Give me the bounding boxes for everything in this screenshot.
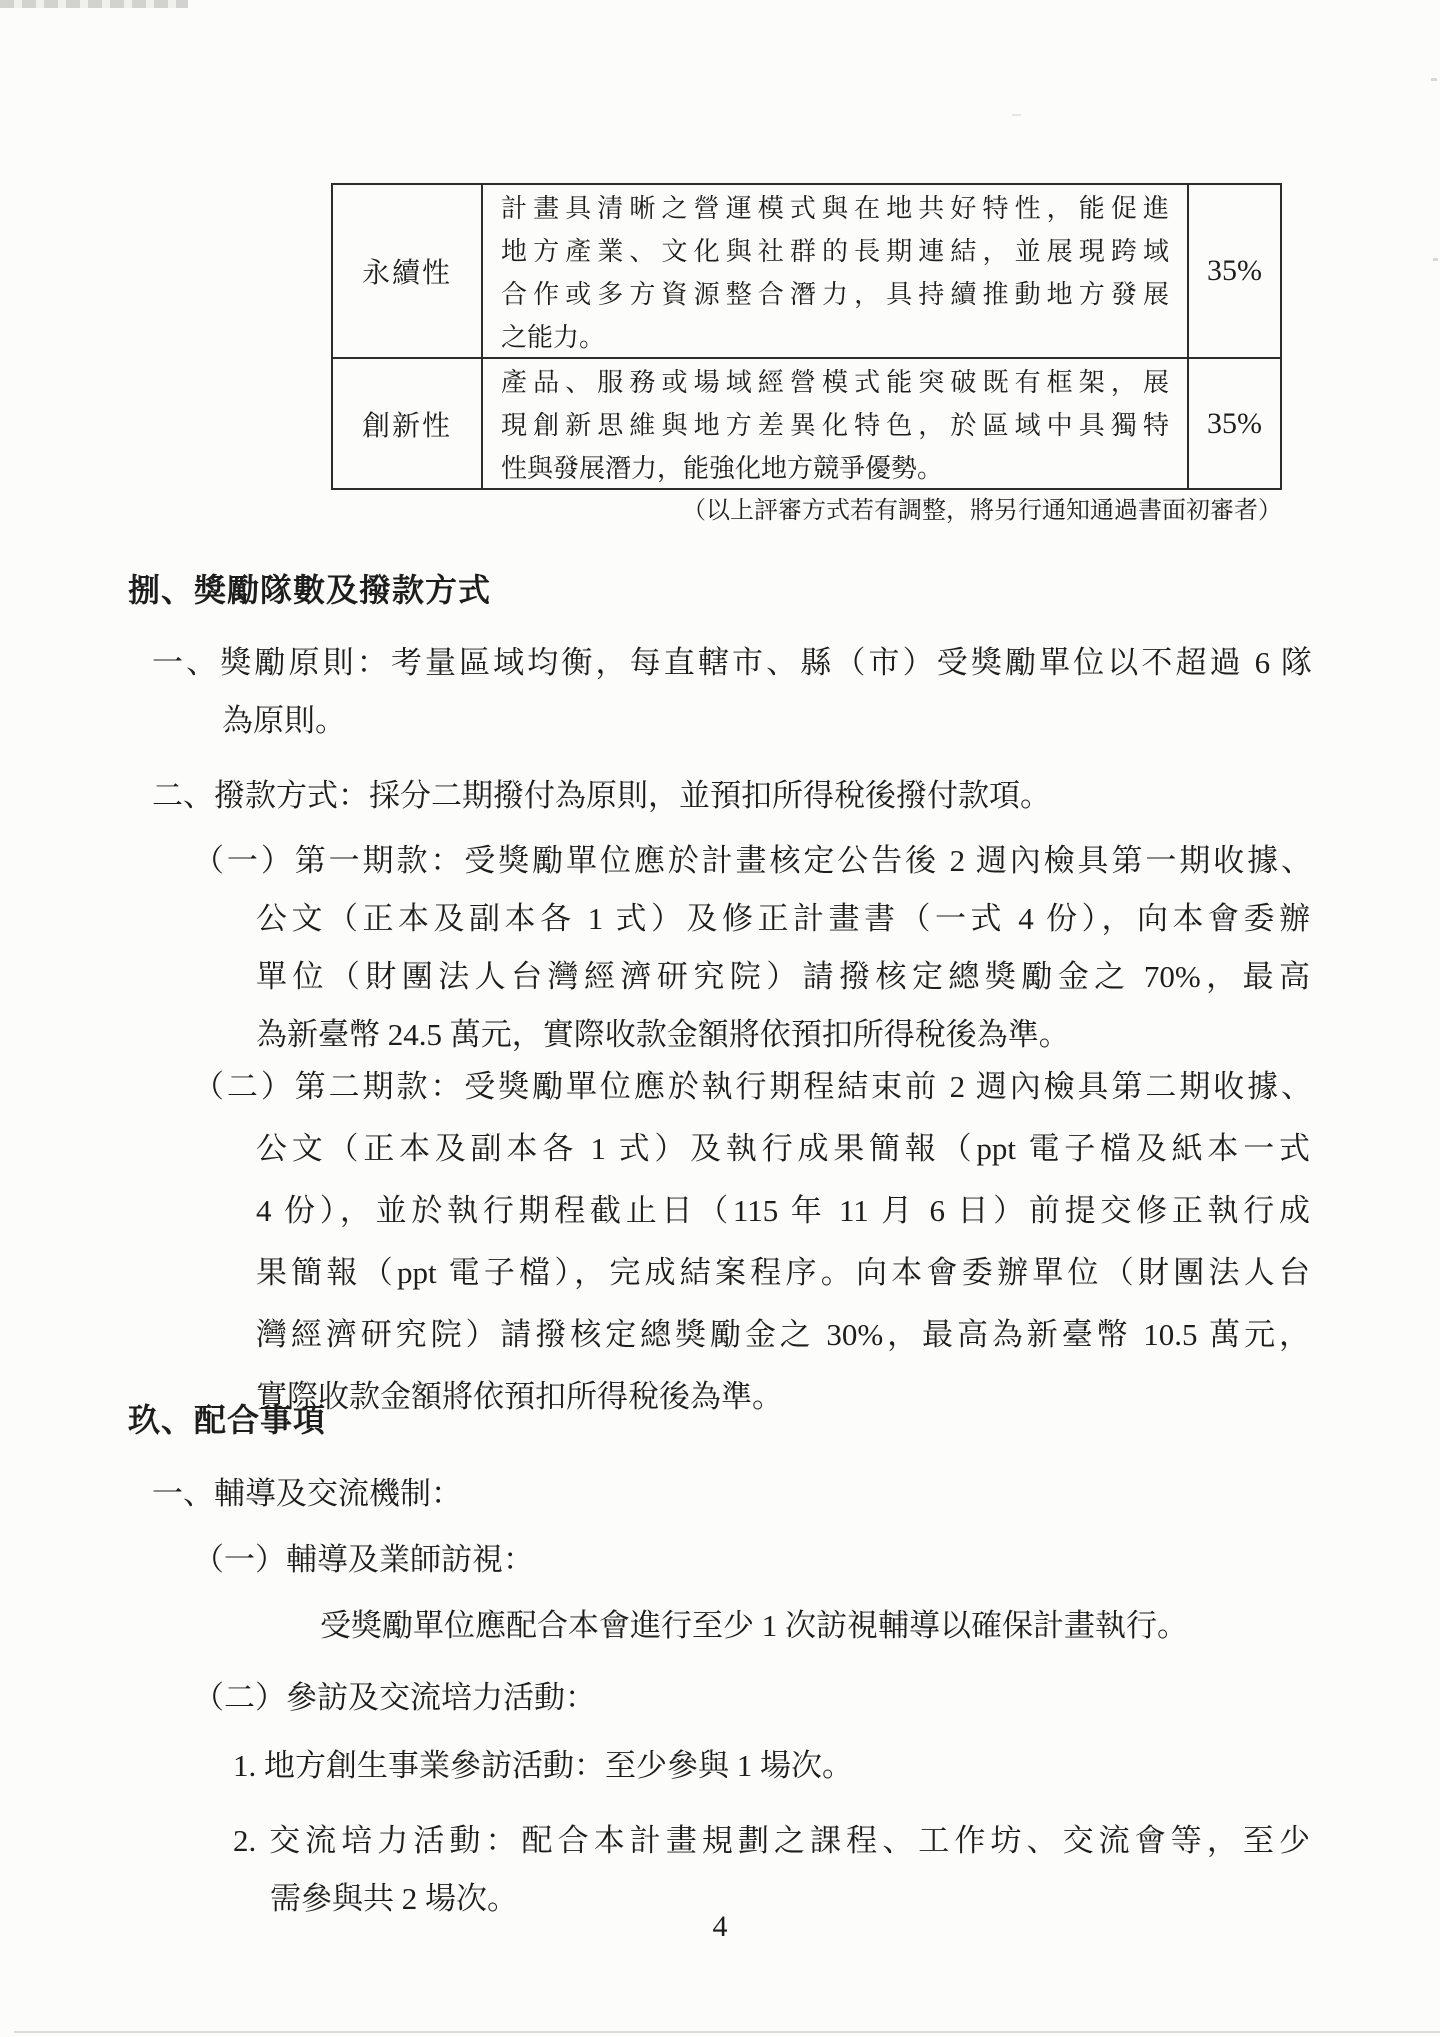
criterion-cell: 永續性 xyxy=(333,185,481,357)
table-caption: （以上評審方式若有調整，將另行通知通過書面初審者） xyxy=(331,494,1282,528)
scan-artifact-bottom-line xyxy=(14,2031,1440,2033)
line: 一、獎勵原則：考量區域均衡，每直轄市、縣（市）受獎勵單位以不超過 6 隊 xyxy=(152,634,1312,692)
cell-line: 地方產業、文化與社群的長期連結，並展現跨域 xyxy=(501,230,1169,273)
line: 灣經濟研究院）請撥核定總獎勵金之 30%，最高為新臺幣 10.5 萬元， xyxy=(256,1304,1310,1366)
description-cell: 產品、服務或場域經營模式能突破既有框架，展 現創新思維與地方差異化特色，於區域中… xyxy=(481,359,1187,488)
scan-artifact-dash xyxy=(1012,114,1021,116)
scan-artifact-right-tick-1 xyxy=(1431,78,1437,81)
evaluation-criteria-table: 永續性 計畫具清晰之營運模式與在地共好特性，能促進 地方產業、文化與社群的長期連… xyxy=(331,183,1282,490)
weight-value: 35% xyxy=(1207,254,1262,288)
paragraph-second-installment: （二）第二期款：受獎勵單位應於執行期程結束前 2 週內檢具第二期收據、 公文（正… xyxy=(193,1056,1312,1428)
weight-cell: 35% xyxy=(1187,359,1280,488)
cell-line: 計畫具清晰之營運模式與在地共好特性，能促進 xyxy=(501,187,1169,230)
paragraph-exchange-activities-title: （二）參訪及交流培力活動： xyxy=(193,1676,596,1720)
paragraph-guidance-mechanism: 一、輔導及交流機制： xyxy=(152,1472,462,1516)
weight-value: 35% xyxy=(1207,407,1262,441)
cell-line: 合作或多方資源整合潛力，具持續推動地方發展 xyxy=(501,273,1169,316)
list-item-site-visit: 1. 地方創生事業參訪活動：至少參與 1 場次。 xyxy=(233,1744,853,1788)
description-cell: 計畫具清晰之營運模式與在地共好特性，能促進 地方產業、文化與社群的長期連結，並展… xyxy=(481,185,1187,357)
line: 實際收款金額將依預扣所得稅後為準。 xyxy=(256,1366,1312,1428)
line: 果簡報（ppt 電子檔），完成結案程序。向本會委辦單位（財團法人台 xyxy=(256,1242,1310,1304)
paragraph-mentor-visit-body: 受獎勵單位應配合本會進行至少 1 次訪視輔導以確保計畫執行。 xyxy=(320,1604,1188,1648)
criterion-cell: 創新性 xyxy=(333,359,481,488)
criterion-label: 永續性 xyxy=(362,251,452,291)
line: 2. 交流培力活動：配合本計畫規劃之課程、工作坊、交流會等，至少 xyxy=(233,1812,1310,1870)
line: 4 份），並於執行期程截止日（115 年 11 月 6 日）前提交修正執行成 xyxy=(256,1180,1310,1242)
line: 為原則。 xyxy=(222,692,1312,750)
cell-line: 現創新思維與地方差異化特色，於區域中具獨特 xyxy=(501,404,1169,447)
weight-cell: 35% xyxy=(1187,185,1280,357)
line: 公文（正本及副本各 1 式）及修正計畫書（一式 4 份），向本會委辦 xyxy=(256,890,1310,948)
table-row-innovation: 創新性 產品、服務或場域經營模式能突破既有框架，展 現創新思維與地方差異化特色，… xyxy=(333,357,1280,488)
section-heading-9: 玖、配合事項 xyxy=(128,1400,326,1440)
paragraph-reward-principle: 一、獎勵原則：考量區域均衡，每直轄市、縣（市）受獎勵單位以不超過 6 隊 為原則… xyxy=(152,634,1312,750)
scan-artifact-top-left xyxy=(0,0,188,8)
cell-line: 性與發展潛力，能強化地方競爭優勢。 xyxy=(501,447,1169,490)
scanned-document-page: 永續性 計畫具清晰之營運模式與在地共好特性，能促進 地方產業、文化與社群的長期連… xyxy=(0,0,1440,2037)
line: 單位（財團法人台灣經濟研究院）請撥核定總獎勵金之 70%，最高 xyxy=(256,948,1310,1006)
line: （一）第一期款：受獎勵單位應於計畫核定公告後 2 週內檢具第一期收據、 xyxy=(193,832,1312,890)
line: （二）第二期款：受獎勵單位應於執行期程結束前 2 週內檢具第二期收據、 xyxy=(193,1056,1312,1118)
cell-line: 之能力。 xyxy=(501,316,1169,359)
line: 公文（正本及副本各 1 式）及執行成果簡報（ppt 電子檔及紙本一式 xyxy=(256,1118,1310,1180)
table-row-sustainability: 永續性 計畫具清晰之營運模式與在地共好特性，能促進 地方產業、文化與社群的長期連… xyxy=(333,185,1280,357)
paragraph-payment-method: 二、撥款方式：採分二期撥付為原則，並預扣所得稅後撥付款項。 xyxy=(152,774,1051,818)
paragraph-mentor-visit-title: （一）輔導及業師訪視： xyxy=(193,1538,534,1582)
section-heading-8: 捌、獎勵隊數及撥款方式 xyxy=(128,570,491,610)
page-number: 4 xyxy=(0,1910,1440,1944)
cell-line: 產品、服務或場域經營模式能突破既有框架，展 xyxy=(501,361,1169,404)
criterion-label: 創新性 xyxy=(362,404,452,444)
paragraph-first-installment: （一）第一期款：受獎勵單位應於計畫核定公告後 2 週內檢具第一期收據、 公文（正… xyxy=(193,832,1312,1064)
scan-artifact-right-tick-2 xyxy=(1433,258,1438,261)
